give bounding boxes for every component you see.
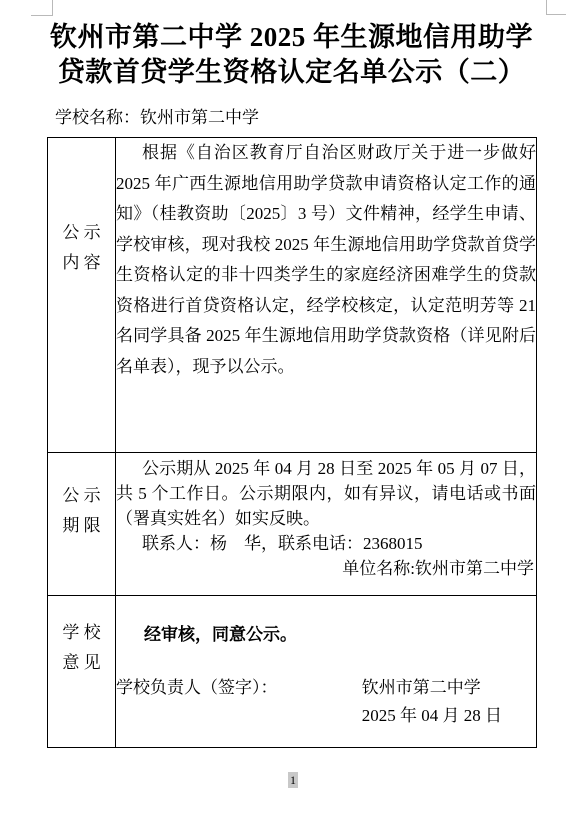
table-row-announcement-content: 公 示 内 容 根据《自治区教育厅自治区财政厅关于进一步做好 2025 年广西生… xyxy=(48,138,537,453)
page-margin-mark-top-right xyxy=(546,0,566,15)
signer-unit-name: 钦州市第二中学 xyxy=(362,678,502,698)
school-opinion-cell: 经审核，同意公示。 学校负责人（签字）： 钦州市第二中学 2025 年 04 月… xyxy=(116,596,537,748)
row-label-line: 期 限 xyxy=(48,511,115,541)
opinion-statement: 经审核，同意公示。 xyxy=(116,625,536,645)
signature-date: 2025 年 04 月 28 日 xyxy=(362,706,502,726)
signature-row: 学校负责人（签字）： 钦州市第二中学 2025 年 04 月 28 日 xyxy=(116,678,536,726)
announcement-period-cell: 公示期从 2025 年 04 月 28 日至 2025 年 05 月 07 日，… xyxy=(116,453,537,596)
signature-block: 钦州市第二中学 2025 年 04 月 28 日 xyxy=(362,678,502,726)
row-label-line: 学 校 xyxy=(48,618,115,648)
announcement-content-paragraph: 根据《自治区教育厅自治区财政厅关于进一步做好 2025 年广西生源地信用助学贷款… xyxy=(116,138,536,382)
period-paragraph: 公示期从 2025 年 04 月 28 日至 2025 年 05 月 07 日，… xyxy=(116,456,536,531)
row-label-announcement-period: 公 示 期 限 xyxy=(48,453,116,596)
row-label-line: 公 示 xyxy=(48,481,115,511)
row-label-line: 内 容 xyxy=(48,248,115,278)
table-row-school-opinion: 学 校 意 见 经审核，同意公示。 学校负责人（签字）： 钦州市第二中学 202… xyxy=(48,596,537,748)
row-label-line: 公 示 xyxy=(48,218,115,248)
row-label-line: 意 见 xyxy=(48,648,115,678)
page-number-field: 1 xyxy=(288,772,298,788)
school-name-line: 学校名称：钦州市第二中学 xyxy=(55,107,583,129)
contact-line: 联系人：杨 华，联系电话：2368015 xyxy=(116,531,536,556)
announcement-content-cell: 根据《自治区教育厅自治区财政厅关于进一步做好 2025 年广西生源地信用助学贷款… xyxy=(116,138,537,453)
page-title: 钦州市第二中学 2025 年生源地信用助学贷款首贷学生资格认定名单公示（二） xyxy=(41,20,543,90)
row-label-announcement-content: 公 示 内 容 xyxy=(48,138,116,453)
table-row-announcement-period: 公 示 期 限 公示期从 2025 年 04 月 28 日至 2025 年 05… xyxy=(48,453,537,596)
signer-label: 学校负责人（签字）： xyxy=(116,678,278,726)
announcement-table: 公 示 内 容 根据《自治区教育厅自治区财政厅关于进一步做好 2025 年广西生… xyxy=(47,137,537,748)
page-margin-mark-top-left xyxy=(31,0,53,16)
row-label-school-opinion: 学 校 意 见 xyxy=(48,596,116,748)
unit-name-line: 单位名称:钦州市第二中学 xyxy=(116,556,536,581)
